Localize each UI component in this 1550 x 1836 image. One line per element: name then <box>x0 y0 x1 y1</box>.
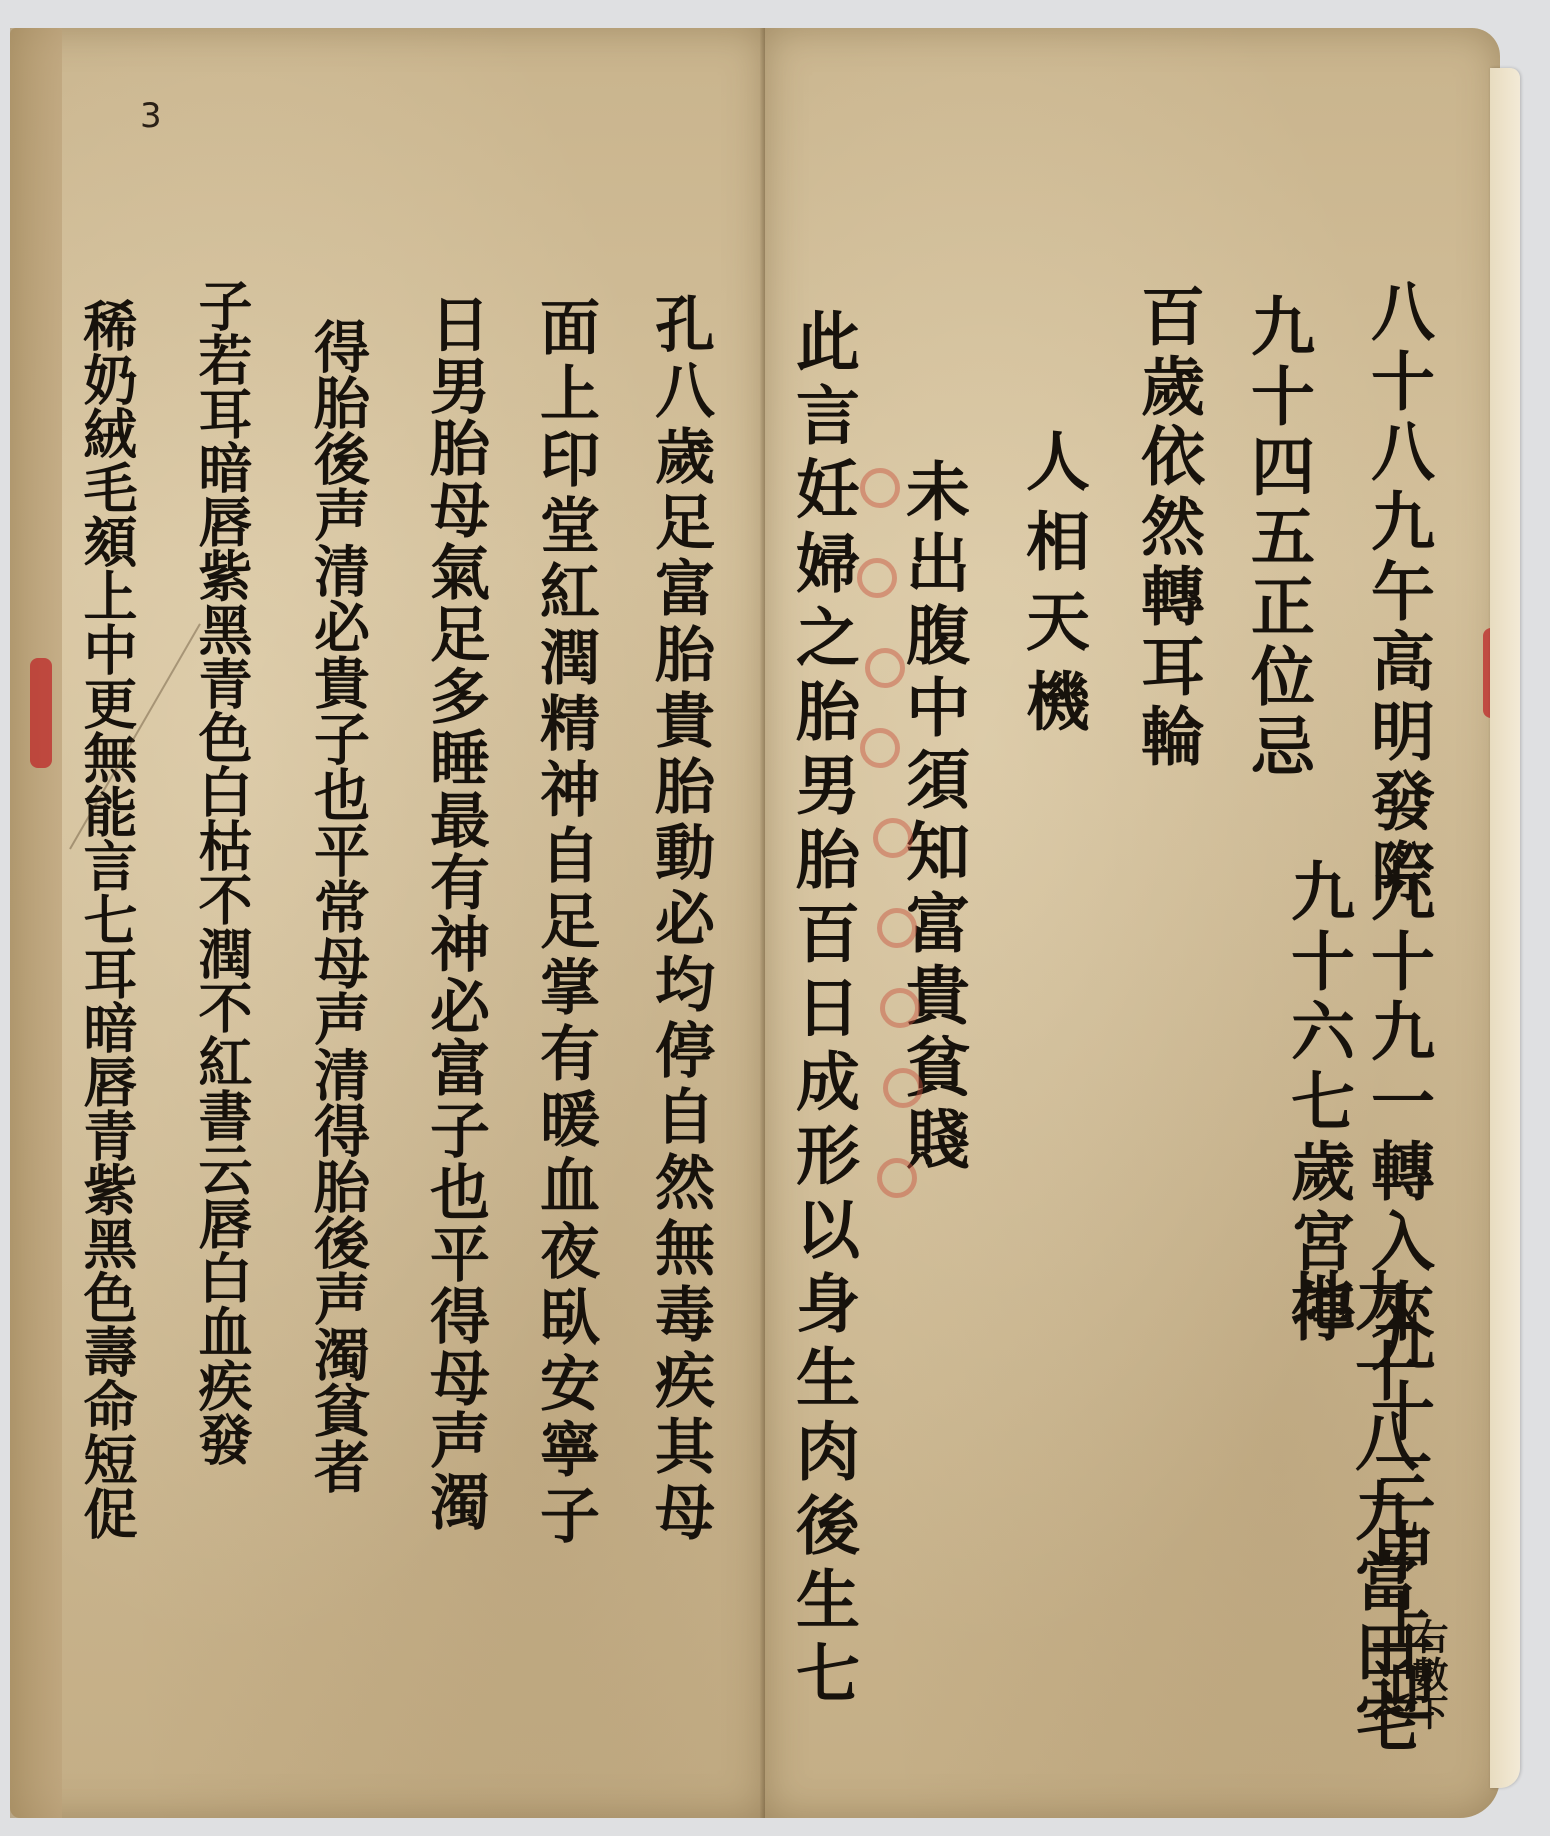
column-segment: 九十四五正位忌 <box>1240 293 1315 783</box>
text-column: 九十八九當田宅地 <box>1285 1268 1413 1818</box>
red-seal-mark <box>873 818 913 858</box>
left-page: 3 孔八歲足富胎貴胎動必均停自然無毒疾其母 面上印堂紅潤精神自足掌有暖血夜臥安寧… <box>10 28 765 1818</box>
text-column: 此言妊婦之胎男胎百日成形以身生肉後生七 <box>790 308 854 1714</box>
text-column: 人相天機 <box>1020 428 1084 748</box>
red-seal-mark <box>877 908 917 948</box>
text-column: 八十八九午高明發際 <box>1365 278 1429 908</box>
text-column: 子若耳暗唇紫黑青色白枯不潤不紅書云唇白血疾發 <box>195 278 249 1818</box>
right-page: 八十八九午高明發際 九十九一轉入來 九十三申上迎 右數下 九十四五正位忌 九十六… <box>765 28 1500 1818</box>
red-seal-smudge <box>30 658 52 768</box>
page-number: 3 <box>140 96 162 136</box>
text-column: 面上印堂紅潤精神自足掌有暖血夜臥安寧子 <box>535 296 595 1776</box>
text-column: 孔八歲足富胎貴胎動必均停自然無毒疾其母 <box>650 293 710 1773</box>
red-seal-mark <box>877 1158 917 1198</box>
red-seal-mark <box>857 558 897 598</box>
text-column: 得胎後声清必貴子也平常母声清得胎後声濁貧者 <box>310 318 366 1798</box>
text-column: 稀奶絨毛頦上中更無能言七耳暗唇青紫黑色壽命短促 <box>80 298 134 1836</box>
page-edge <box>1490 68 1520 1788</box>
red-seal-mark <box>883 1068 923 1108</box>
red-seal-mark <box>860 468 900 508</box>
column-segment: 八十八九午高明發際 <box>1360 278 1435 908</box>
text-column: 百歲依然轉耳輪 <box>1135 283 1199 773</box>
red-seal-mark <box>880 988 920 1028</box>
open-book: 3 孔八歲足富胎貴胎動必均停自然無毒疾其母 面上印堂紅潤精神自足掌有暖血夜臥安寧… <box>10 28 1520 1828</box>
text-column: 日男胎母氣足多睡最有神必富子也平得母声濁 <box>425 293 485 1773</box>
red-seal-mark <box>865 648 905 688</box>
red-seal-mark <box>860 728 900 768</box>
text-column: 九十四五正位忌 <box>1245 293 1309 783</box>
column-segment: 九十八九當田宅地 <box>1280 1268 1419 1758</box>
